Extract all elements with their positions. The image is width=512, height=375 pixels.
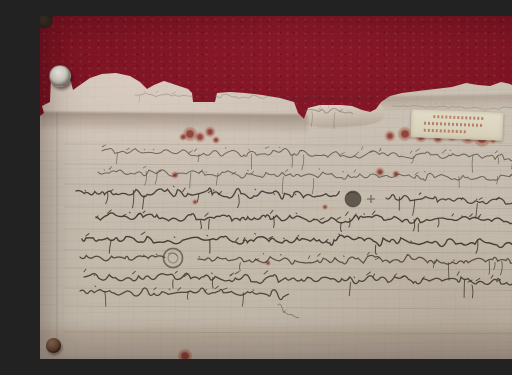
rust-pin bbox=[46, 338, 61, 353]
handwriting-layer bbox=[40, 16, 512, 359]
metal-pin bbox=[49, 65, 71, 87]
ruled-crease-lines bbox=[64, 144, 512, 334]
archive-label bbox=[410, 109, 503, 141]
manuscript-photo bbox=[40, 16, 512, 359]
tibetan-cursive-text bbox=[76, 145, 512, 306]
label-print-line bbox=[433, 115, 483, 120]
label-print-line bbox=[424, 122, 484, 127]
red-ink-stains bbox=[172, 127, 497, 359]
label-print-line bbox=[424, 129, 466, 134]
